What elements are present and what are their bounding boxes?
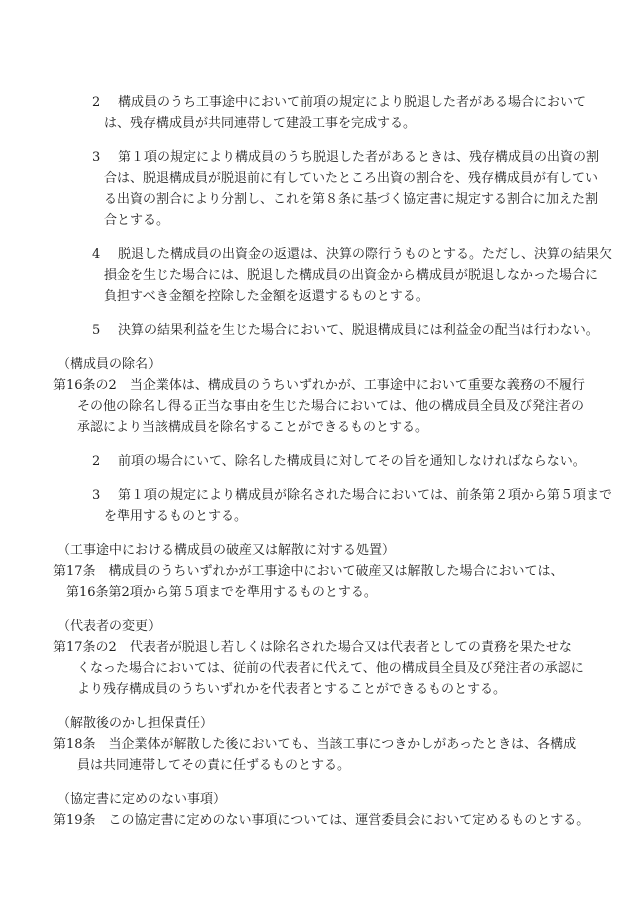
paragraph-text: 構成員のうち工事途中において前項の規定により脱退した者がある場合において [118, 95, 586, 110]
text-line: 3第１項の規定により構成員が除名された場合においては、前条第２項から第５項まで [0, 485, 630, 506]
text-line: その他の除名し得る正当な事由を生じた場合においては、他の構成員全員及び発注者の [0, 396, 630, 417]
paragraph-number: 3 [92, 147, 118, 168]
paragraph-number: 5 [92, 320, 118, 341]
paragraph-text: 当企業体が解散した後においても、当該工事につきかしがあったときは、各構成 [109, 737, 577, 752]
paragraph-number: 2 [92, 92, 118, 113]
paragraph-text: 脱退した構成員の出資金の返還は、決算の際行うものとする。ただし、決算の結果欠 [118, 247, 612, 262]
text-line: 第17条の2代表者が脱退し若しくは除名された場合又は代表者としての責務を果たせな [0, 637, 630, 658]
text-line: 4脱退した構成員の出資金の返還は、決算の際行うものとする。ただし、決算の結果欠 [0, 244, 630, 265]
article-heading: （解散後のかし担保責任） [0, 713, 630, 734]
paragraph-text: 前項の場合にいて、除名した構成員に対してその旨を通知しなければならない。 [118, 454, 586, 469]
article-heading: （協定書に定めのない事項） [0, 789, 630, 810]
paragraph-number: 3 [92, 485, 118, 506]
text-line: 承認により当該構成員を除名することができるものとする。 [0, 417, 630, 438]
clause-paragraph: 3第１項の規定により構成員が除名された場合においては、前条第２項から第５項まで … [0, 485, 630, 527]
article-paragraph: 第17条構成員のうちいずれかが工事途中において破産又は解散した場合においては、 … [0, 561, 630, 603]
heading-text: （構成員の除名） [0, 354, 630, 375]
paragraph-text: 構成員のうちいずれかが工事途中において破産又は解散した場合においては、 [109, 564, 564, 579]
text-line: 2構成員のうち工事途中において前項の規定により脱退した者がある場合において [0, 92, 630, 113]
article-number: 第16条の2 [53, 378, 117, 393]
text-line: 員は共同連帯してその責に任ずるものとする。 [0, 755, 630, 776]
article-heading: （代表者の変更） [0, 616, 630, 637]
paragraph-text: 第１項の規定により構成員が除名された場合においては、前条第２項から第５項まで [118, 488, 612, 503]
text-line: を準用するものとする。 [0, 506, 630, 527]
paragraph-text: この協定書に定めのない事項については、運営委員会において定めるものとする。 [109, 813, 590, 828]
article-paragraph: 第16条の2当企業体は、構成員のうちいずれかが、工事途中において重要な義務の不履… [0, 375, 630, 438]
text-line: くなった場合においては、従前の代表者に代えて、他の構成員全員及び発注者の承認に [0, 658, 630, 679]
article-paragraph: 第19条この協定書に定めのない事項については、運営委員会において定めるものとする… [0, 810, 630, 831]
article-number: 第17条の2 [53, 640, 117, 655]
article-number: 第19条 [53, 813, 96, 828]
text-line: 第19条この協定書に定めのない事項については、運営委員会において定めるものとする… [0, 810, 630, 831]
text-line: 第17条構成員のうちいずれかが工事途中において破産又は解散した場合においては、 [0, 561, 630, 582]
text-line: 合とする。 [0, 210, 630, 231]
paragraph-text: 第１項の規定により構成員のうち脱退した者があるときは、残存構成員の出資の割 [118, 150, 599, 165]
text-line: 第16条第2項から第５項までを準用するものとする。 [0, 582, 630, 603]
clause-paragraph: 5決算の結果利益を生じた場合において、脱退構成員には利益金の配当は行わない。 [0, 320, 630, 341]
heading-text: （協定書に定めのない事項） [0, 789, 630, 810]
article-paragraph: 第18条当企業体が解散した後においても、当該工事につきかしがあったときは、各構成… [0, 734, 630, 776]
paragraph-text: 代表者が脱退し若しくは除名された場合又は代表者としての責務を果たせな [130, 640, 572, 655]
clause-paragraph: 2前項の場合にいて、除名した構成員に対してその旨を通知しなければならない。 [0, 451, 630, 472]
paragraph-text: 決算の結果利益を生じた場合において、脱退構成員には利益金の配当は行わない。 [118, 323, 599, 338]
article-heading: （構成員の除名） [0, 354, 630, 375]
document-page: 2構成員のうち工事途中において前項の規定により脱退した者がある場合において は、… [0, 0, 630, 903]
paragraph-text: 当企業体は、構成員のうちいずれかが、工事途中において重要な義務の不履行 [130, 378, 585, 393]
clause-paragraph: 2構成員のうち工事途中において前項の規定により脱退した者がある場合において は、… [0, 92, 630, 134]
text-line: 2前項の場合にいて、除名した構成員に対してその旨を通知しなければならない。 [0, 451, 630, 472]
text-line: 第18条当企業体が解散した後においても、当該工事につきかしがあったときは、各構成 [0, 734, 630, 755]
heading-text: （代表者の変更） [0, 616, 630, 637]
text-line: 負担すべき金額を控除した金額を返還するものとする。 [0, 286, 630, 307]
article-number: 第18条 [53, 737, 96, 752]
text-line: 3第１項の規定により構成員のうち脱退した者があるときは、残存構成員の出資の割 [0, 147, 630, 168]
text-line: より残存構成員のうちいずれかを代表者とすることができるものとする。 [0, 679, 630, 700]
text-line: 合は、脱退構成員が脱退前に有していたところ出資の割合を、残存構成員が有してい [0, 168, 630, 189]
paragraph-number: 4 [92, 244, 118, 265]
text-line: る出資の割合により分割し、これを第８条に基づく協定書に規定する割合に加えた割 [0, 189, 630, 210]
article-heading: （工事途中における構成員の破産又は解散に対する処置） [0, 540, 630, 561]
text-line: 5決算の結果利益を生じた場合において、脱退構成員には利益金の配当は行わない。 [0, 320, 630, 341]
text-line: は、残存構成員が共同連帯して建設工事を完成する。 [0, 113, 630, 134]
heading-text: （解散後のかし担保責任） [0, 713, 630, 734]
article-paragraph: 第17条の2代表者が脱退し若しくは除名された場合又は代表者としての責務を果たせな… [0, 637, 630, 700]
article-number: 第17条 [53, 564, 96, 579]
text-line: 第16条の2当企業体は、構成員のうちいずれかが、工事途中において重要な義務の不履… [0, 375, 630, 396]
clause-paragraph: 4脱退した構成員の出資金の返還は、決算の際行うものとする。ただし、決算の結果欠 … [0, 244, 630, 307]
text-line: 損金を生じた場合には、脱退した構成員の出資金から構成員が脱退しなかった場合に [0, 265, 630, 286]
heading-text: （工事途中における構成員の破産又は解散に対する処置） [0, 540, 630, 561]
paragraph-number: 2 [92, 451, 118, 472]
clause-paragraph: 3第１項の規定により構成員のうち脱退した者があるときは、残存構成員の出資の割 合… [0, 147, 630, 231]
